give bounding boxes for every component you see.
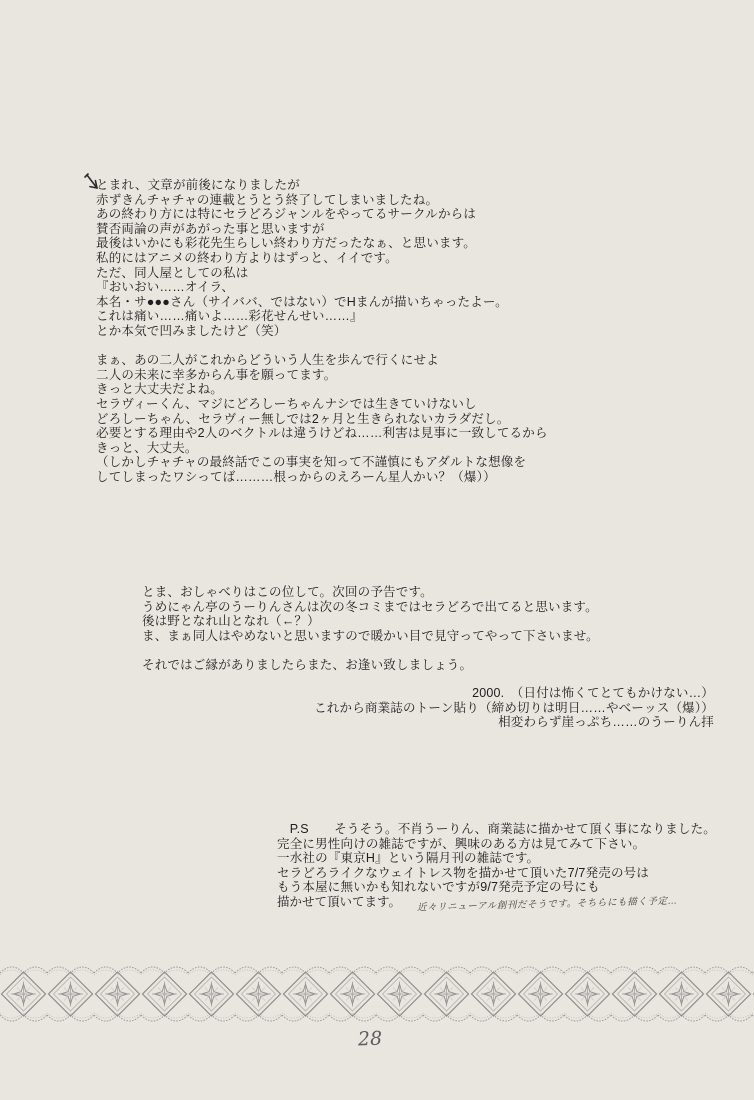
text-line: きっと、大丈夫。 — [96, 441, 548, 456]
postscript-last-line: 描かせて頂いてます。近々リニューアル創刊だそうです。そちらにも描く予定… — [277, 895, 678, 912]
main-paragraph: とまれ、文章が前後になりましたが赤ずきんチャチャの連載とうとう終了してしまいまし… — [96, 178, 548, 484]
text-line: 本名・サ●●●さん（サイババ、ではない）でHまんが描いちゃったよー。 — [96, 295, 548, 310]
text-line: 2000. （日付は怖くてとてもかけない…） — [314, 686, 714, 701]
postscript-last-printed-text: 描かせて頂いてます。 — [277, 895, 401, 909]
text-line — [96, 339, 548, 354]
text-line: あの終わり方には特にセラどろジャンルをやってるサークルからは — [96, 207, 548, 222]
text-line: きっと大丈夫だよね。 — [96, 382, 548, 397]
signoff-paragraph: 2000. （日付は怖くてとてもかけない…）これから商業誌のトーン貼り（締め切り… — [314, 686, 714, 730]
text-line: （しかしチャチャの最終話でこの事実を知って不謹慎にもアダルトな想像を — [96, 455, 548, 470]
text-line: 私的にはアニメの終わり方よりはずっと、イイです。 — [96, 251, 548, 266]
text-line: それではご縁がありましたらまた、お逢い致しましょう。 — [142, 658, 599, 673]
text-line: どろしーちゃん、セラヴィー無しでは2ヶ月と生きられないカラダだし。 — [96, 412, 548, 427]
text-line: まぁ、あの二人がこれからどういう人生を歩んで行くにせよ — [96, 353, 548, 368]
scanned-afterword-page: とまれ、文章が前後になりましたが赤ずきんチャチャの連載とうとう終了してしまいまし… — [0, 0, 754, 1100]
text-line: ま、まぁ同人はやめないと思いますので暖かい目で見守ってやって下さいませ。 — [142, 629, 599, 644]
text-line: もう本屋に無いかも知れないですが9/7発売予定の号にも — [277, 880, 716, 895]
text-line: うめにゃん亭のうーりんさんは次の冬コミまではセラどろで出てると思います。 — [142, 600, 599, 615]
text-line: 最後はいかにも彩花先生らしい終わり方だったなぁ、と思います。 — [96, 236, 548, 251]
text-line: 相変わらず崖っぷち……のうーりん拝 — [314, 715, 714, 730]
text-line: してしまったワシってば………根っからのえろーん星人かい？（爆）） — [96, 470, 548, 485]
text-line: 後は野となれ山となれ（←？） — [142, 614, 599, 629]
text-line: ただ、同人屋としての私は — [96, 266, 548, 281]
text-line: セラどろライクなウェイトレス物を描かせて頂いた7/7発売の号は — [277, 866, 716, 881]
text-line: 一水社の『東京H』という隔月刊の雑誌です。 — [277, 851, 716, 866]
text-line: セラヴィーくん、マジにどろしーちゃんナシでは生きていけないし — [96, 397, 548, 412]
text-line: 完全に男性向けの雑誌ですが、興味のある方は見てみて下さい。 — [277, 837, 716, 852]
text-line: これから商業誌のトーン貼り（締め切りは明日……やべーッス（爆）） — [314, 701, 714, 716]
text-line: 『おいおい……オイラ、 — [96, 280, 548, 295]
closing-paragraph: とま、おしゃべりはこの位して。次回の予告です。うめにゃん亭のうーりんさんは次の冬… — [142, 585, 599, 673]
handwritten-note: 近々リニューアル創刊だそうです。そちらにも描く予定… — [417, 895, 678, 916]
text-line: 赤ずきんチャチャの連載とうとう終了してしまいましたね。 — [96, 193, 548, 208]
text-line: とまれ、文章が前後になりましたが — [96, 178, 548, 193]
text-line — [142, 643, 599, 658]
text-line: P.S そうそう。不肖うーりん、商業誌に描かせて頂く事になりました。 — [277, 822, 716, 837]
postscript-paragraph: P.S そうそう。不肖うーりん、商業誌に描かせて頂く事になりました。完全に男性向… — [277, 822, 716, 895]
text-line: とか本気で凹みましたけど（笑） — [96, 324, 548, 339]
text-line: とま、おしゃべりはこの位して。次回の予告です。 — [142, 585, 599, 600]
text-line: 賛否両論の声があがった事と思いますが — [96, 222, 548, 237]
text-line: 二人の未来に幸多からん事を願ってます。 — [96, 368, 548, 383]
text-line: 必要とする理由や2人のベクトルは違うけどね……利害は見事に一致してるから — [96, 426, 548, 441]
text-line: これは痛い……痛いよ……彩花せんせい……』 — [96, 309, 548, 324]
